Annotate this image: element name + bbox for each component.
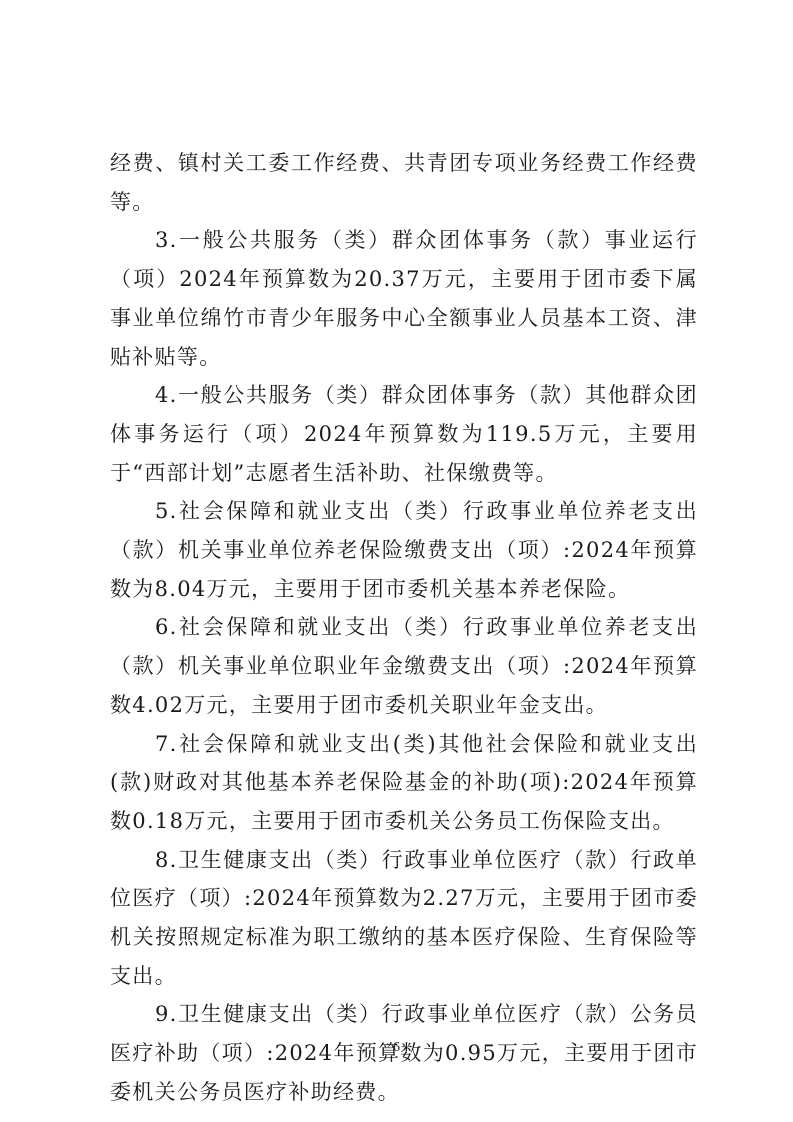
paragraph-item-7: 7.社会保障和就业支出(类)其他社会保险和就业支出(款)财政对其他基本养老保险基… bbox=[110, 725, 698, 841]
document-body: 经费、镇村关工委工作经费、共青团专项业务经费工作经费等。 3.一般公共服务（类）… bbox=[110, 144, 698, 1112]
paragraph-item-8: 8.卫生健康支出（类）行政事业单位医疗（款）行政单位医疗（项）:2024年预算数… bbox=[110, 841, 698, 996]
paragraph-item-5: 5.社会保障和就业支出（类）行政事业单位养老支出（款）机关事业单位养老保险缴费支… bbox=[110, 492, 698, 608]
paragraph-item-3: 3.一般公共服务（类）群众团体事务（款）事业运行（项）2024年预算数为20.3… bbox=[110, 221, 698, 376]
paragraph-continuation: 经费、镇村关工委工作经费、共青团专项业务经费工作经费等。 bbox=[110, 144, 698, 221]
page-number: 6 bbox=[0, 1040, 793, 1056]
paragraph-item-6: 6.社会保障和就业支出（类）行政事业单位养老支出（款）机关事业单位职业年金缴费支… bbox=[110, 608, 698, 724]
paragraph-item-4: 4.一般公共服务（类）群众团体事务（款）其他群众团体事务运行（项）2024年预算… bbox=[110, 376, 698, 492]
